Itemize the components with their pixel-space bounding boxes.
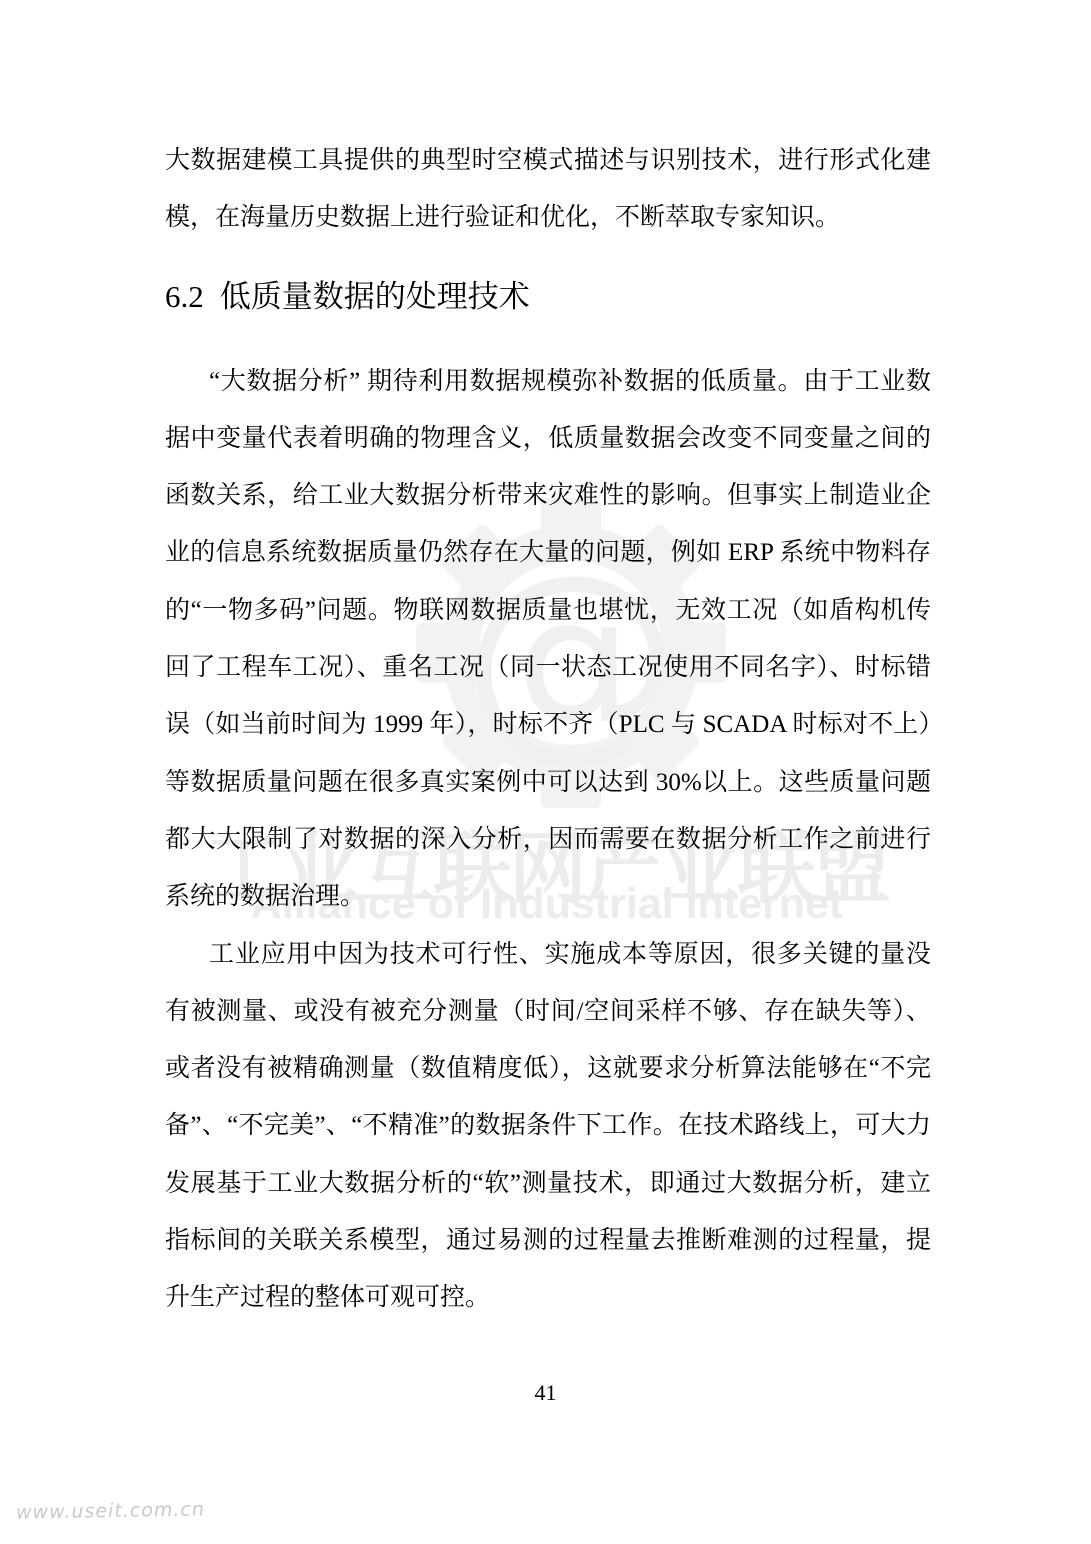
paragraph-continuation: 大数据建模工具提供的典型时空模式描述与识别技术，进行形式化建模，在海量历史数据上… — [165, 132, 931, 247]
section-title: 低质量数据的处理技术 — [220, 279, 530, 314]
site-watermark: www.useit.com.cn — [16, 1498, 205, 1523]
paragraph: 工业应用中因为技术可行性、实施成本等原因，很多关键的量没有被测量、或没有被充分测… — [165, 926, 931, 1327]
section-heading: 6.2低质量数据的处理技术 — [165, 277, 931, 317]
document-content: 大数据建模工具提供的典型时空模式描述与识别技术，进行形式化建模，在海量历史数据上… — [165, 132, 931, 1327]
section-number: 6.2 — [165, 279, 204, 314]
page-number: 41 — [0, 1380, 1091, 1406]
paragraph: “大数据分析” 期待利用数据规模弥补数据的低质量。由于工业数据中变量代表着明确的… — [165, 353, 931, 926]
document-page: @ 工业互联网产业联盟 Alliance of Industrial Inter… — [0, 0, 1091, 1544]
